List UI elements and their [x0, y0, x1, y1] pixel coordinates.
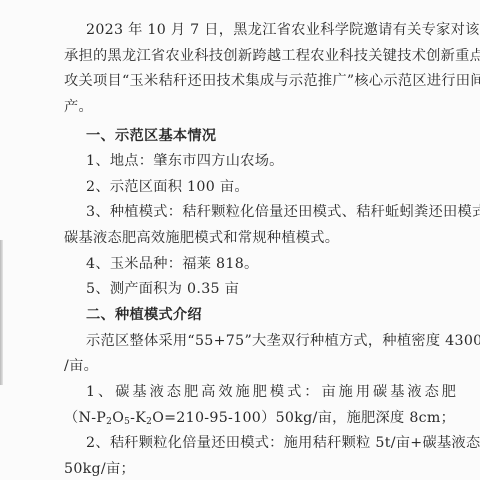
intro-line-3: 攻关项目“玉米秸秆还田技术集成与示范推广”核心示范区进行田间测	[64, 72, 415, 90]
mode1-formula-line: （N-P2O5-K2O=210-95-100）50kg/亩，施肥深度 8cm；	[64, 409, 415, 427]
section1-item-variety: 4、玉米品种：福莱 818。	[64, 255, 415, 273]
intro-line-4: 产。	[64, 98, 415, 116]
section2-heading: 二、种植模式介绍	[64, 306, 415, 324]
section1-item-measure-area: 5、测产面积为 0.35 亩	[64, 280, 415, 298]
intro-line-1: 2023 年 10 月 7 日，黑龙江省农业科学院邀请有关专家对该单位	[64, 21, 415, 39]
formula-o: O	[112, 410, 124, 426]
mode2-line-2: 50kg/亩；	[64, 460, 415, 478]
section2-paragraph-line-2: /亩。	[64, 357, 415, 375]
formula-rest: O=210-95-100）50kg/亩，施肥深度 8cm；	[152, 410, 455, 426]
intro-line-2: 承担的黑龙江省农业科技创新跨越工程农业科技关键技术创新重点	[64, 47, 415, 65]
scan-edge-shadow	[0, 240, 3, 385]
mode2-line-1: 2、秸秆颗粒化倍量还田模式：施用秸秆颗粒 5t/亩+碳基液态肥	[64, 434, 415, 452]
section1-item-location: 1、地点：肇东市四方山农场。	[64, 152, 415, 170]
mode1-line-1: 1、碳基液态肥高效施肥模式：亩施用碳基液态肥	[64, 383, 415, 401]
section1-item-area: 2、示范区面积 100 亩。	[64, 178, 415, 196]
section2-paragraph-line-1: 示范区整体采用“55+75”大垄双行种植方式，种植密度 4300 株	[64, 332, 415, 350]
section1-item-modes: 3、种植模式：秸秆颗粒化倍量还田模式、秸秆蚯蚓粪还田模式、	[64, 203, 415, 221]
formula-k: -K	[130, 410, 146, 426]
section1-heading: 一、示范区基本情况	[64, 127, 415, 145]
section1-item-modes-cont: 碳基液态肥高效施肥模式和常规种植模式。	[64, 229, 415, 247]
formula-prefix: （N-P	[64, 410, 106, 426]
